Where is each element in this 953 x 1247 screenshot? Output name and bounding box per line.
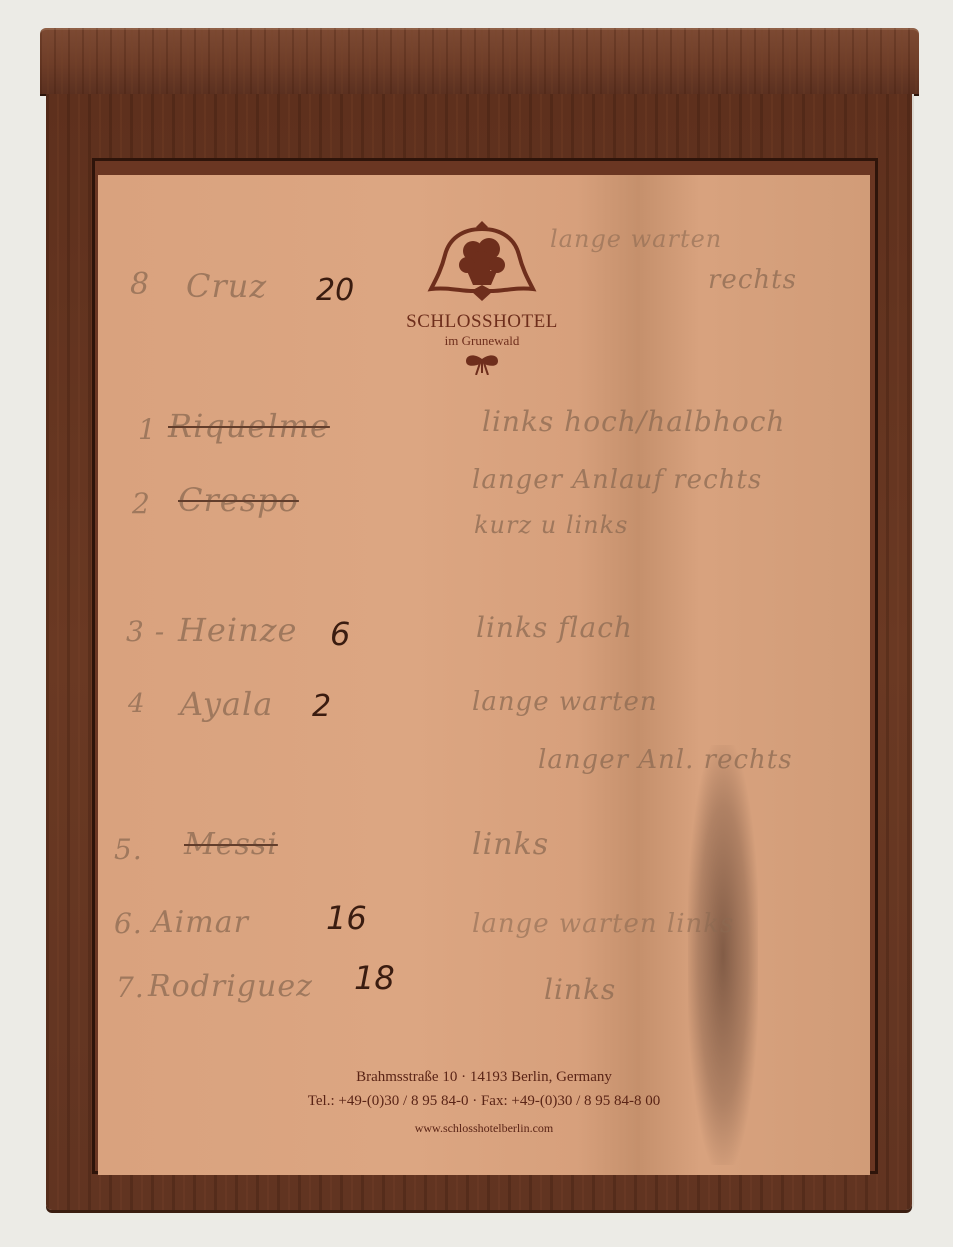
player-name: Crespo: [178, 481, 299, 519]
entry-number: 4: [128, 689, 146, 719]
player-name: Heinze: [178, 611, 297, 649]
letterhead-paper: SCHLOSSHOTEL im Grunewald 8 Cruz 20 lang…: [98, 175, 870, 1175]
shirt-number: 20: [316, 273, 354, 308]
entry-number: 3 -: [126, 615, 165, 648]
penalty-direction: lange warten links: [472, 909, 734, 939]
shirt-number: 6: [330, 615, 350, 653]
penalty-direction: links: [544, 973, 616, 1006]
penalty-direction: links: [472, 827, 549, 862]
penalty-direction-2: langer Anl. rechts: [538, 745, 793, 775]
hotel-address: Brahmsstraße 10 · 14193 Berlin, Germany: [98, 1069, 870, 1086]
penalty-direction-2: kurz u links: [474, 511, 629, 539]
penalty-direction: langer Anlauf rechts: [472, 465, 762, 495]
shirt-number: 18: [354, 959, 395, 997]
frame-top-rail: [40, 28, 919, 94]
shirt-number: 16: [326, 899, 367, 937]
entry-number: 2: [132, 487, 151, 520]
entry-number: 7.: [116, 971, 145, 1004]
penalty-direction: links hoch/halbhoch: [482, 405, 785, 438]
player-name: Rodriguez: [148, 969, 313, 1004]
penalty-direction-2: rechts: [708, 265, 797, 295]
flower-basket-crest-icon: [427, 215, 537, 305]
shirt-number: 2: [312, 689, 331, 724]
penalty-direction: lange warten: [472, 687, 658, 717]
player-name: Cruz: [186, 267, 267, 305]
hotel-subtitle: im Grunewald: [392, 333, 572, 349]
hotel-name: SCHLOSSHOTEL: [392, 311, 572, 333]
player-name: Aimar: [152, 905, 249, 940]
entry-number: 1: [138, 413, 157, 446]
hotel-phone-fax: Tel.: +49-(0)30 / 8 95 84-0 · Fax: +49-(…: [98, 1093, 870, 1110]
entry-number: 6.: [114, 907, 143, 940]
player-name: Messi: [184, 827, 278, 862]
hotel-website: www.schlosshotelberlin.com: [98, 1121, 870, 1136]
player-name: Ayala: [180, 685, 273, 723]
penalty-direction: lange warten: [550, 225, 722, 253]
penalty-direction: links flach: [476, 611, 633, 644]
entry-number: 5.: [114, 833, 143, 866]
bow-ornament-icon: [462, 353, 502, 375]
player-name: Riquelme: [168, 407, 330, 445]
hotel-letterhead: SCHLOSSHOTEL im Grunewald: [392, 215, 572, 379]
entry-number: 8: [130, 267, 150, 302]
